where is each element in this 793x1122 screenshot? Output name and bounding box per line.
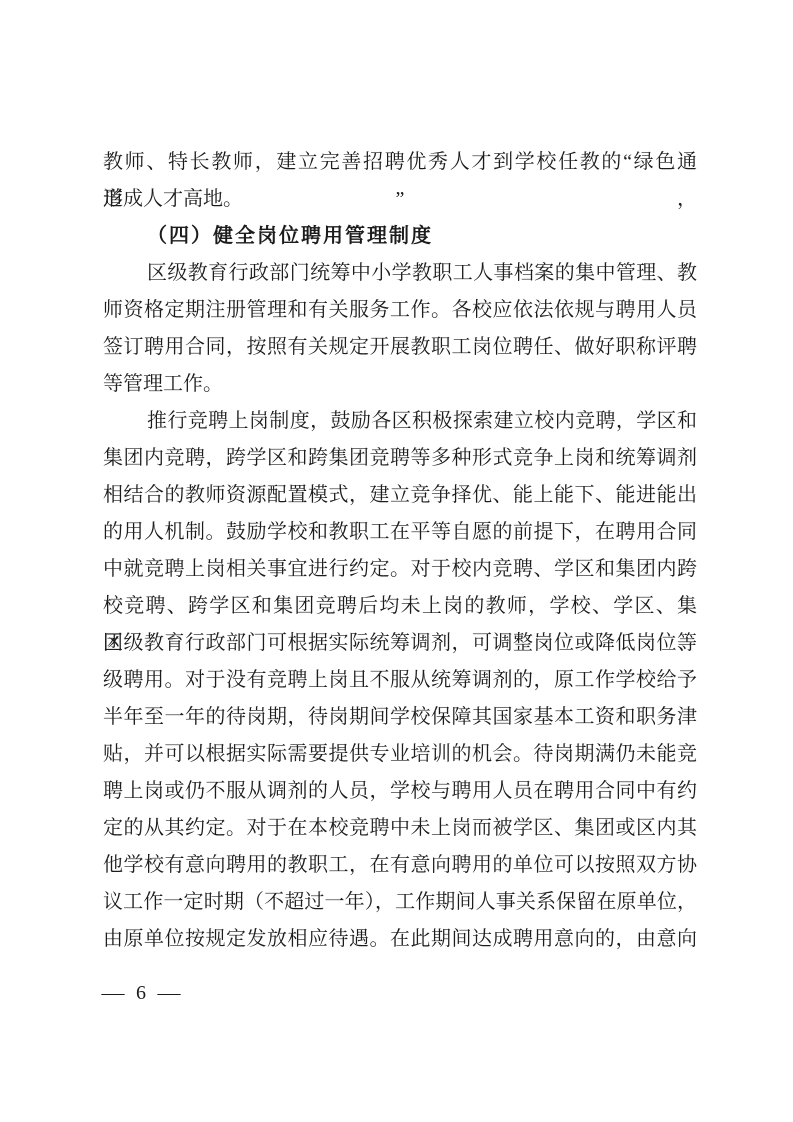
text-line: 区级教育行政部门统筹中小学教职工人事档案的集中管理、教 — [103, 255, 697, 292]
document-lines: 教师、特长教师，建立完善招聘优秀人才到学校任教的“绿色通道”，形成人才高地。（四… — [103, 144, 697, 958]
text-line: 聘上岗或仍不服从调剂的人员，学校与聘用人员在聘用合同中有约 — [103, 773, 697, 810]
section-heading: （四）健全岗位聘用管理制度 — [103, 218, 697, 255]
footer-right-dash: — — [158, 982, 181, 1005]
text-line: 贴，并可以根据实际需要提供专业培训的机会。待岗期满仍未能竞 — [103, 736, 697, 773]
text-line: 的用人机制。鼓励学校和教职工在平等自愿的前提下，在聘用合同 — [103, 514, 697, 551]
text-line: 教师、特长教师，建立完善招聘优秀人才到学校任教的“绿色通道”， — [103, 144, 697, 181]
text-line: 级聘用。对于没有竞聘上岗且不服从统筹调剂的，原工作学校给予 — [103, 662, 697, 699]
text-line: 定的从其约定。对于在本校竞聘中未上岗而被学区、集团或区内其 — [103, 810, 697, 847]
text-line: 师资格定期注册管理和有关服务工作。各校应依法依规与聘用人员 — [103, 292, 697, 329]
text-line: 区级教育行政部门可根据实际统筹调剂，可调整岗位或降低岗位等 — [103, 625, 697, 662]
text-line: 推行竞聘上岗制度，鼓励各区积极探索建立校内竞聘，学区和 — [103, 403, 697, 440]
text-line: 等管理工作。 — [103, 366, 697, 403]
footer-left-dash: — — [102, 982, 125, 1005]
text-line: 由原单位按规定发放相应待遇。在此期间达成聘用意向的，由意向 — [103, 921, 697, 958]
text-line: 集团内竞聘，跨学区和跨集团竞聘等多种形式竞争上岗和统筹调剂 — [103, 440, 697, 477]
text-line: 议工作一定时期（不超过一年），工作期间人事关系保留在原单位， — [103, 884, 697, 921]
page-number-footer: — 6 — — [103, 982, 179, 1005]
text-line: 签订聘用合同，按照有关规定开展教职工岗位聘任、做好职称评聘 — [103, 329, 697, 366]
text-line: 中就竞聘上岗相关事宜进行约定。对于校内竞聘、学区和集团内跨 — [103, 551, 697, 588]
page-number: 6 — [136, 982, 146, 1005]
document-page: 教师、特长教师，建立完善招聘优秀人才到学校任教的“绿色通道”，形成人才高地。（四… — [0, 0, 793, 1122]
text-line: 校竞聘、跨学区和集团竞聘后均未上岗的教师，学校、学区、集团、 — [103, 588, 697, 625]
text-line: 半年至一年的待岗期，待岗期间学校保障其国家基本工资和职务津 — [103, 699, 697, 736]
text-line: 相结合的教师资源配置模式，建立竞争择优、能上能下、能进能出 — [103, 477, 697, 514]
text-line: 他学校有意向聘用的教职工，在有意向聘用的单位可以按照双方协 — [103, 847, 697, 884]
